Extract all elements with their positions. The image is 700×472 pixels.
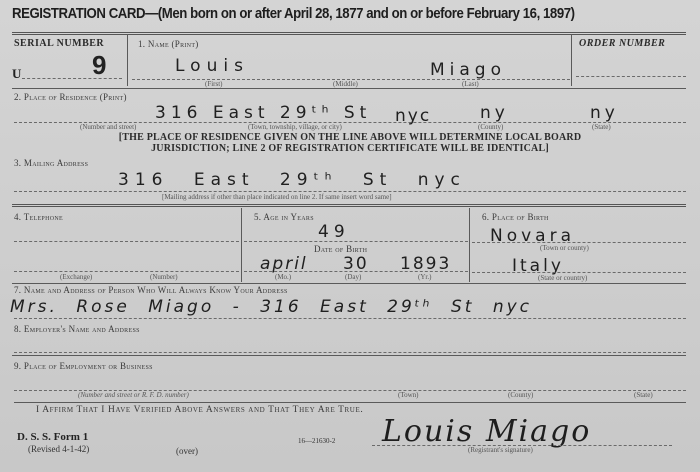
row9-divider xyxy=(14,402,686,403)
telephone-sub-number: (Number) xyxy=(150,273,178,281)
form-number: D. S. S. Form 1 xyxy=(17,431,88,443)
employment-sub-state: (State) xyxy=(634,391,653,399)
last-name-value: Miago xyxy=(430,60,506,80)
mailing-address-label: 3. Mailing Address xyxy=(14,158,88,168)
row4-divider xyxy=(12,283,686,284)
age-divider xyxy=(469,208,470,282)
employment-label: 9. Place of Employment or Business xyxy=(14,361,153,371)
mailing-line xyxy=(14,191,686,192)
name-sub-last: (Last) xyxy=(462,80,479,88)
residence-notice: [THE PLACE OF RESIDENCE GIVEN ON THE LIN… xyxy=(60,132,640,154)
name-sub-middle: (Middle) xyxy=(333,80,358,88)
serial-prefix: U xyxy=(12,66,21,82)
print-code: 16—21630-2 xyxy=(298,437,335,445)
residence-notice-line1: [THE PLACE OF RESIDENCE GIVEN ON THE LIN… xyxy=(60,132,640,143)
employer-label: 8. Employer's Name and Address xyxy=(14,324,140,334)
telephone-label: 4. Telephone xyxy=(14,212,63,222)
telephone-line-2 xyxy=(14,271,239,272)
title-divider xyxy=(12,32,686,35)
residence-sub-county: (County) xyxy=(478,123,503,131)
registration-card: REGISTRATION CARD—(Men born on or after … xyxy=(0,0,700,472)
contact-line xyxy=(14,318,686,319)
birthplace-sub-town: (Town or county) xyxy=(540,244,589,252)
telephone-sub-exchange: (Exchange) xyxy=(60,273,92,281)
serial-divider xyxy=(127,34,128,86)
name-sub-first: (First) xyxy=(205,80,223,88)
residence-sub-town: (Town, township, village, or city) xyxy=(248,123,342,131)
residence-label: 2. Place of Residence (Print) xyxy=(14,92,127,102)
residence-state-value: ny xyxy=(590,103,619,123)
employer-line xyxy=(14,352,686,353)
signature-label: (Registrant's signature) xyxy=(468,446,533,454)
residence-notice-line2: JURISDICTION; LINE 2 OF REGISTRATION CER… xyxy=(60,143,640,154)
serial-number-value: 9 xyxy=(92,50,106,81)
over-label: (over) xyxy=(176,446,198,456)
first-name-value: Louis xyxy=(175,56,249,76)
order-number-label: ORDER NUMBER xyxy=(579,38,665,49)
birthplace-label: 6. Place of Birth xyxy=(482,212,549,222)
birthplace-country-value: Italy xyxy=(512,256,564,276)
contact-value: Mrs. Rose Miago - 316 East 29ᵗʰ St nyc xyxy=(10,297,532,317)
order-line xyxy=(576,76,686,77)
row3-divider xyxy=(12,204,686,207)
telephone-line-1 xyxy=(14,241,239,242)
row1-divider xyxy=(12,88,686,89)
contact-label: 7. Name and Address of Person Who Will A… xyxy=(14,285,288,295)
dob-sub-year: (Yr.) xyxy=(418,273,431,281)
residence-town-value: nyc xyxy=(395,106,431,126)
dob-sub-month: (Mo.) xyxy=(275,273,291,281)
birthplace-sub-country: (State or country) xyxy=(538,274,587,282)
residence-street-value: 316 East 29ᵗʰ St xyxy=(155,103,371,123)
mailing-sub: [Mailing address if other than place ind… xyxy=(162,193,392,201)
age-label: 5. Age in Years xyxy=(254,212,314,222)
age-line xyxy=(244,241,468,242)
registrant-signature: Louis Miago xyxy=(382,414,591,449)
dob-label: Date of Birth xyxy=(314,244,367,254)
dob-sub-day: (Day) xyxy=(345,273,361,281)
age-value: 49 xyxy=(318,222,350,242)
birthplace-town-value: Novara xyxy=(490,226,575,246)
employment-sub-county: (County) xyxy=(508,391,533,399)
serial-number-label: SERIAL NUMBER xyxy=(14,38,104,49)
dob-line xyxy=(244,271,468,272)
affirmation-text: I Affirm That I Have Verified Above Answ… xyxy=(36,405,363,415)
residence-sub-state: (State) xyxy=(592,123,611,131)
name-label: 1. Name (Print) xyxy=(138,39,199,49)
employment-sub-street: (Number and street or R. F. D. number) xyxy=(78,391,189,399)
telephone-divider xyxy=(241,208,242,282)
residence-county-value: ny xyxy=(480,103,509,123)
mailing-address-value: 316 East 29ᵗʰ St nyc xyxy=(118,170,466,190)
form-revised: (Revised 4-1-42) xyxy=(28,444,89,454)
birthplace-town-line xyxy=(472,242,686,243)
row8-divider xyxy=(12,355,686,356)
card-title: REGISTRATION CARD—(Men born on or after … xyxy=(12,5,575,22)
birthplace-country-line xyxy=(472,272,686,273)
residence-sub-street: (Number and street) xyxy=(80,123,136,131)
order-divider xyxy=(571,34,572,86)
serial-line xyxy=(22,78,122,79)
employment-sub-town: (Town) xyxy=(398,391,419,399)
